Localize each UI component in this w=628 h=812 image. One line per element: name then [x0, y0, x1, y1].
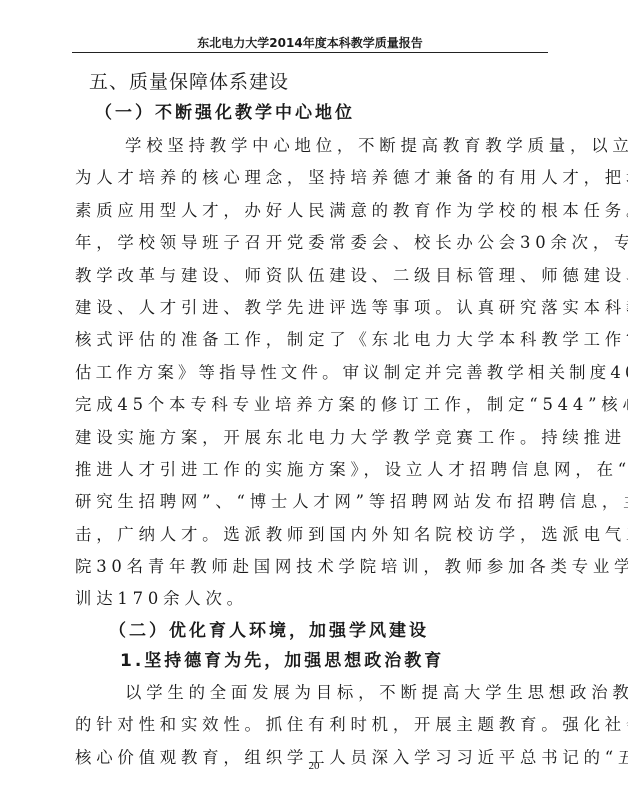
running-header: 东北电力大学2014年度本科教学质量报告 [72, 34, 548, 51]
subsection-heading-1: （一）不断强化教学中心地位 [95, 98, 547, 128]
paragraph-line: 以学生的全面发展为目标，不断提高大学生思想政治教育工作 [75, 677, 547, 709]
paragraph-line: 院30名青年教师赴国网技术学院培训，教师参加各类专业学习和培 [75, 551, 547, 583]
paragraph-line: 训达170余人次。 [75, 583, 547, 615]
subsection-heading-2: （二）优化育人环境，加强学风建设 [109, 616, 547, 646]
page-number: 20 [0, 760, 628, 772]
paragraph-line: 建设实施方案，开展东北电力大学教学竞赛工作。持续推进《加快 [75, 422, 547, 454]
paragraph-line: 完成45个本专科专业培养方案的修订工作，制定“544”核心课程 [75, 389, 547, 421]
paragraph-line: 估工作方案》等指导性文件。审议制定并完善教学相关制度40余项， [75, 357, 547, 389]
item-heading-1: 1.坚持德育为先，加强思想政治教育 [120, 646, 547, 677]
paragraph-line: 年，学校领导班子召开党委常委会、校长办公会30余次，专题研究 [75, 227, 547, 259]
paragraph-line: 研究生招聘网”、“博士人才网”等招聘网站发布招聘信息，主动出 [75, 486, 547, 518]
paragraph-line: 推进人才引进工作的实施方案》，设立人才招聘信息网，在“中国 [75, 454, 547, 486]
paragraph-line: 教学改革与建设、师资队伍建设、二级目标管理、师德建设、学风 [75, 260, 547, 292]
section-heading: 五、质量保障体系建设 [89, 66, 547, 98]
paragraph-line: 素质应用型人才，办好人民满意的教育作为学校的根本任务。2014 [75, 195, 547, 227]
paragraph-line: 学校坚持教学中心地位，不断提高教育教学质量，以立德树人 [75, 130, 547, 162]
paragraph-1: 学校坚持教学中心地位，不断提高教育教学质量，以立德树人 为人才培养的核心理念，坚… [75, 130, 547, 616]
paragraph-line: 建设、人才引进、教学先进评选等事项。认真研究落实本科教学审 [75, 292, 547, 324]
paragraph-line: 的针对性和实效性。抓住有利时机，开展主题教育。强化社会主义 [75, 709, 547, 741]
paragraph-line: 核式评估的准备工作，制定了《东北电力大学本科教学工作审核评 [75, 324, 547, 356]
paragraph-line: 为人才培养的核心理念，坚持培养德才兼备的有用人才，把培养高 [75, 162, 547, 194]
page-body: 五、质量保障体系建设 （一）不断强化教学中心地位 学校坚持教学中心地位，不断提高… [75, 66, 547, 774]
paragraph-line: 击，广纳人才。选派教师到国内外知名院校访学，选派电气工程学 [75, 519, 547, 551]
header-rule [72, 52, 548, 53]
